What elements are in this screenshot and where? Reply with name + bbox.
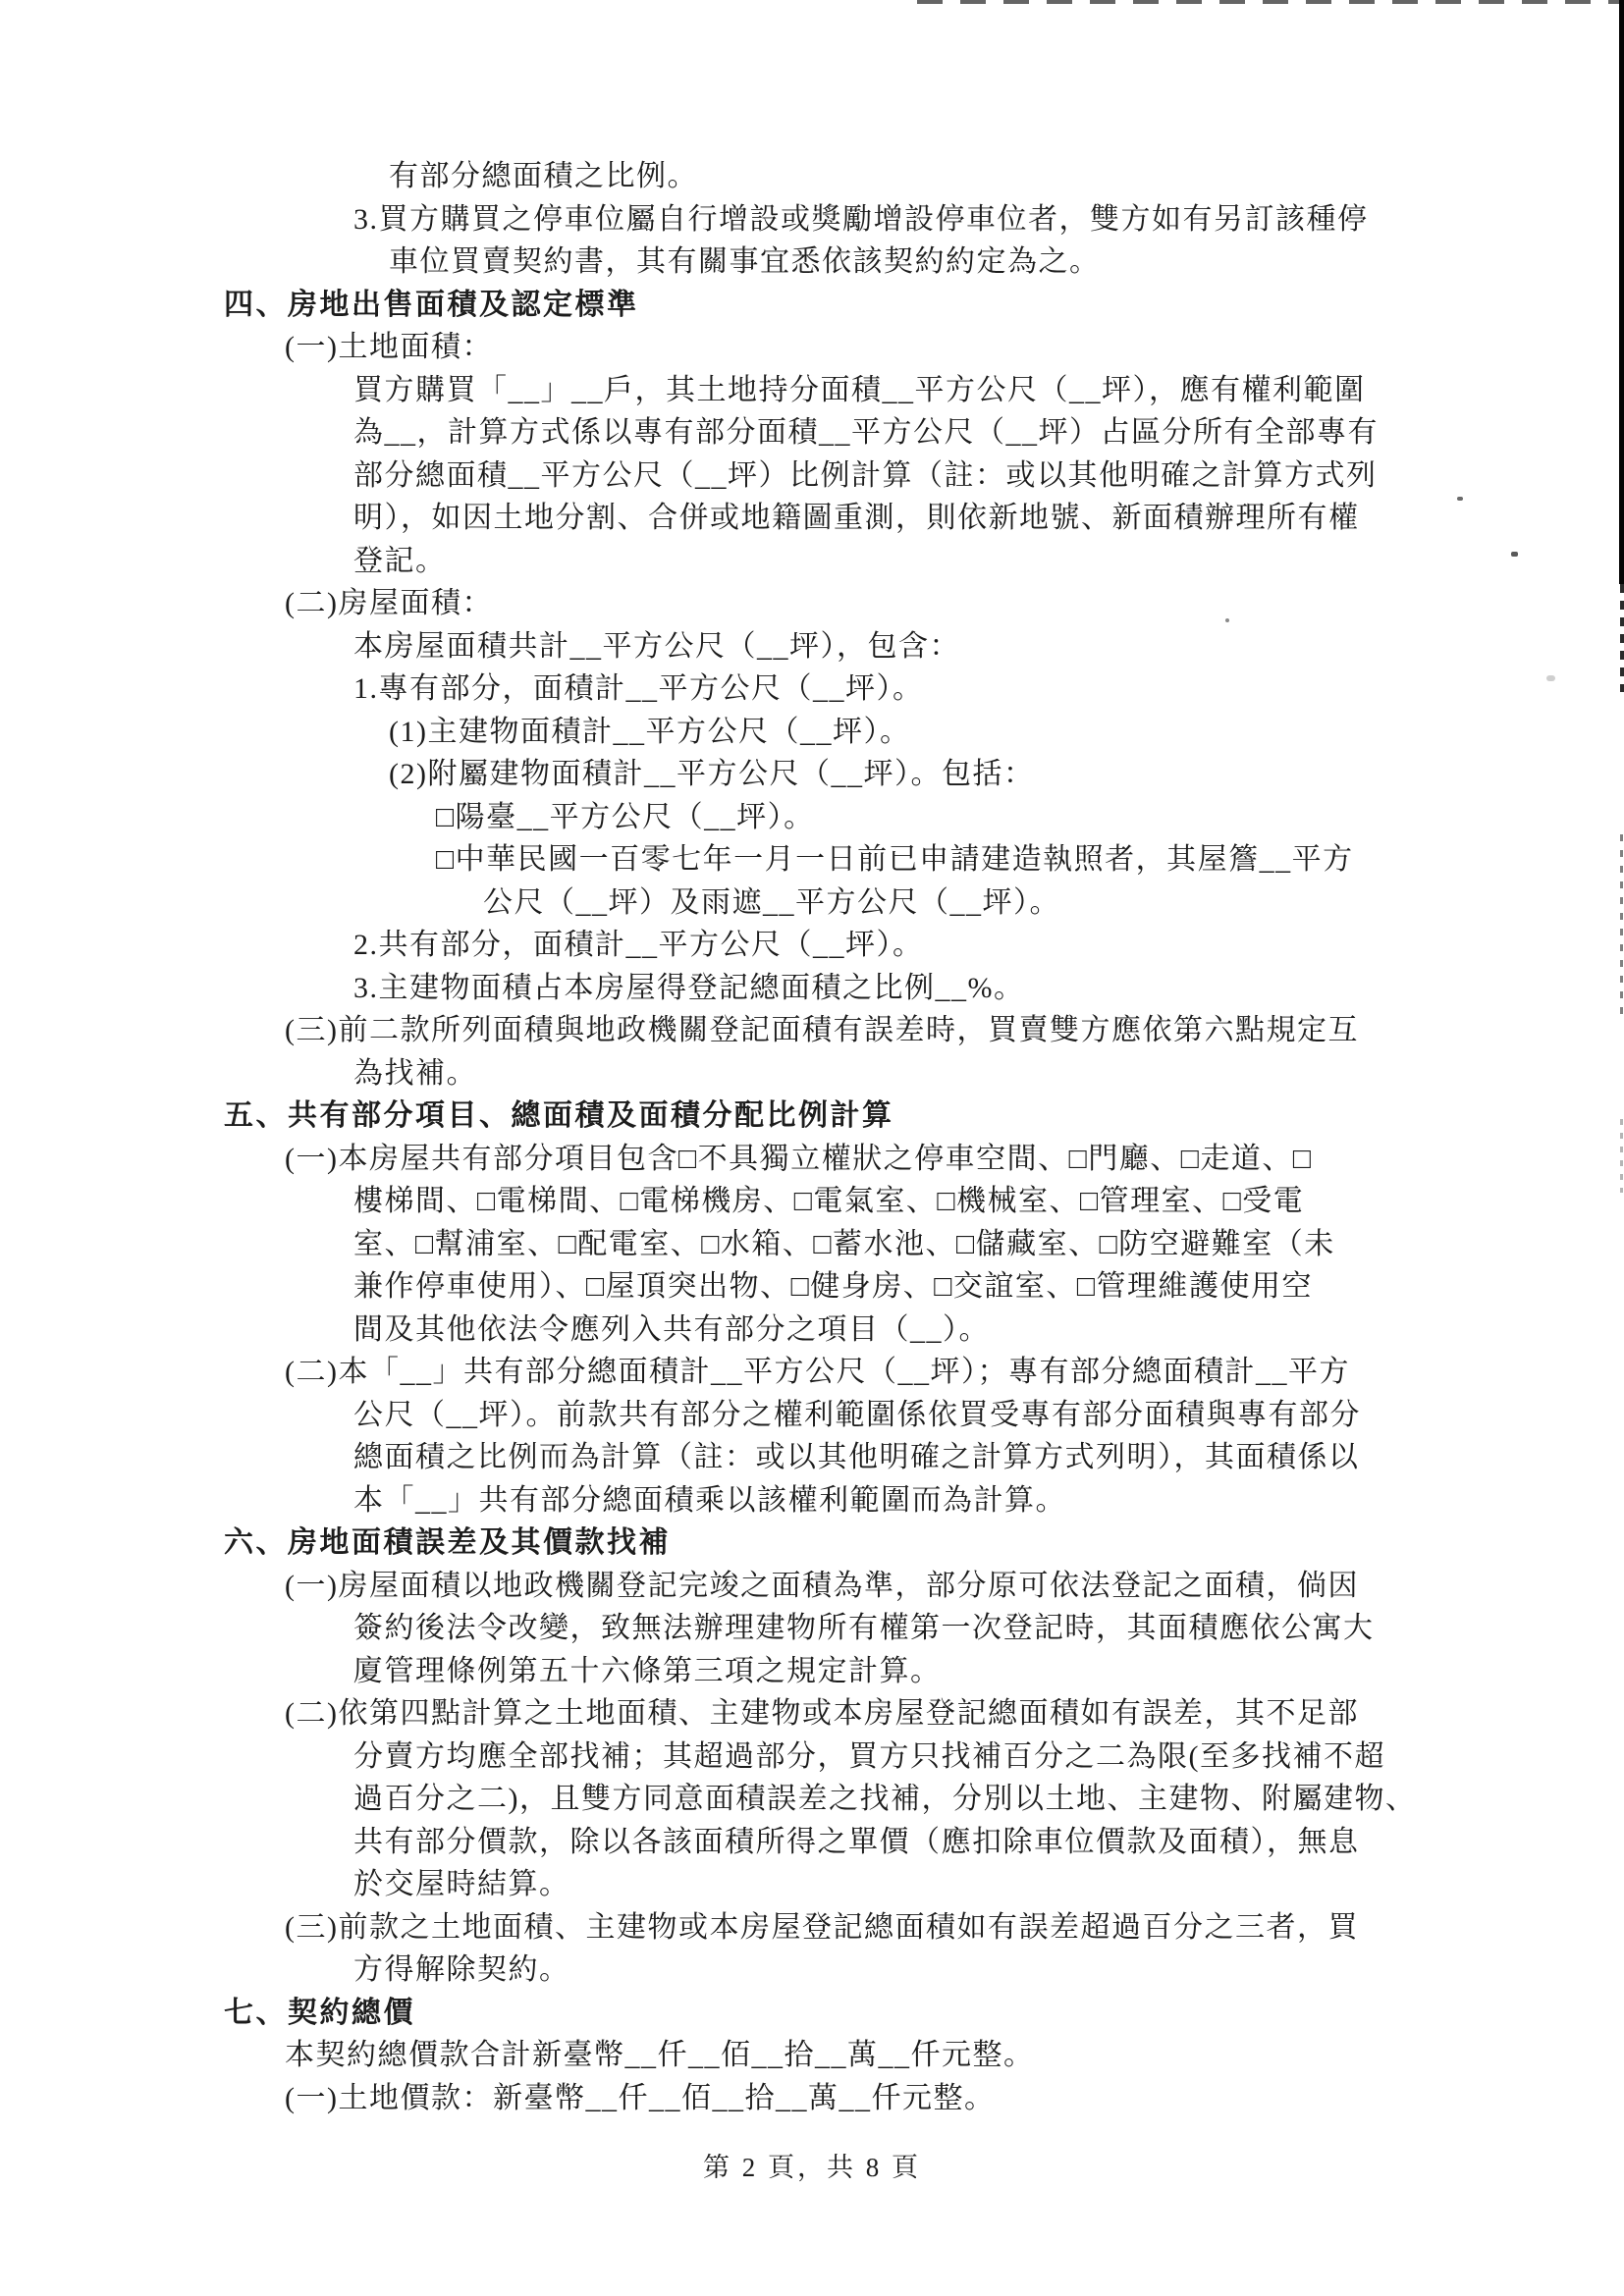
text-line: 為__，計算方式係以專有部分面積__平方公尺（__坪）占區分所有全部專有 (0, 411, 1624, 454)
checkbox-line: □陽臺__平方公尺（__坪）。 (0, 796, 1624, 839)
checkbox-line: □中華民國一百零七年一月一日前已申請建造執照者，其屋簷__平方 (0, 838, 1624, 881)
text-line: 間及其他依法令應列入共有部分之項目（__）。 (0, 1308, 1624, 1352)
page-number-footer: 第 2 頁，共 8 頁 (0, 2146, 1624, 2184)
text-line: 2.共有部分，面積計__平方公尺（__坪）。 (0, 924, 1624, 967)
text-line: 3.買方購買之停車位屬自行增設或獎勵增設停車位者，雙方如有另訂該種停 (0, 198, 1624, 241)
text-line: 部分總面積__平方公尺（__坪）比例計算（註：或以其他明確之計算方式列 (0, 454, 1624, 498)
clause-line: (三)前款之土地面積、主建物或本房屋登記總面積如有誤差超過百分之三者，買 (0, 1906, 1624, 1949)
clause-line: (二)依第四點計算之土地面積、主建物或本房屋登記總面積如有誤差，其不足部 (0, 1692, 1624, 1735)
text-line: 本契約總價款合計新臺幣__仟__佰__拾__萬__仟元整。 (0, 2034, 1624, 2077)
text-line: 3.主建物面積占本房屋得登記總面積之比例__%。 (0, 967, 1624, 1010)
text-line: 買方購買「__」__戶，其土地持分面積__平方公尺（__坪），應有權利範圍 (0, 369, 1624, 412)
text-line: 總面積之比例而為計算（註：或以其他明確之計算方式列明），其面積係以 (0, 1436, 1624, 1479)
clause-line: (一)土地面積： (0, 326, 1624, 369)
checkbox-line: 樓梯間、□電梯間、□電梯機房、□電氣室、□機械室、□管理室、□受電 (0, 1180, 1624, 1223)
clause-line: (一)房屋面積以地政機關登記完竣之面積為準，部分原可依法登記之面積，倘因 (0, 1565, 1624, 1608)
checkbox-line: 兼作停車使用）、□屋頂突出物、□健身房、□交誼室、□管理維護使用空 (0, 1265, 1624, 1308)
clause-line: (一)土地價款：新臺幣__仟__佰__拾__萬__仟元整。 (0, 2077, 1624, 2120)
clause-line: (二)房屋面積： (0, 582, 1624, 625)
text-line: 公尺（__坪）及雨遮__平方公尺（__坪）。 (0, 881, 1624, 925)
text-line: 方得解除契約。 (0, 1949, 1624, 1992)
clause-line: (三)前二款所列面積與地政機關登記面積有誤差時，買賣雙方應依第六點規定互 (0, 1009, 1624, 1052)
text-line: (1)主建物面積計__平方公尺（__坪）。 (0, 711, 1624, 754)
text-line: 過百分之二)，且雙方同意面積誤差之找補，分別以土地、主建物、附屬建物、 (0, 1778, 1624, 1821)
section-heading-7: 七、契約總價 (0, 1992, 1624, 2035)
text-line: (2)附屬建物面積計__平方公尺（__坪）。包括： (0, 753, 1624, 796)
section-heading-6: 六、房地面積誤差及其價款找補 (0, 1522, 1624, 1565)
text-line: 簽約後法令改變，致無法辦理建物所有權第一次登記時，其面積應依公寓大 (0, 1607, 1624, 1650)
text-line: 共有部分價款，除以各該面積所得之單價（應扣除車位價款及面積），無息 (0, 1821, 1624, 1864)
section-heading-4: 四、房地出售面積及認定標準 (0, 284, 1624, 327)
text-line: 車位買賣契約書，其有關事宜悉依該契約約定為之。 (0, 240, 1624, 284)
checkbox-line: 室、□幫浦室、□配電室、□水箱、□蓄水池、□儲藏室、□防空避難室（未 (0, 1223, 1624, 1266)
text-line: 為找補。 (0, 1052, 1624, 1095)
section-heading-5: 五、共有部分項目、總面積及面積分配比例計算 (0, 1095, 1624, 1138)
checkbox-line: (一)本房屋共有部分項目包含□不具獨立權狀之停車空間、□門廳、□走道、□ (0, 1138, 1624, 1181)
clause-line: (二)本「__」共有部分總面積計__平方公尺（__坪）；專有部分總面積計__平方 (0, 1351, 1624, 1394)
text-line: 分賣方均應全部找補；其超過部分，買方只找補百分之二為限(至多找補不超 (0, 1735, 1624, 1779)
scan-noise-top-edge (917, 0, 1624, 4)
text-line: 本「__」共有部分總面積乘以該權利範圍而為計算。 (0, 1479, 1624, 1522)
text-line: 於交屋時結算。 (0, 1863, 1624, 1906)
text-line: 廈管理條例第五十六條第三項之規定計算。 (0, 1650, 1624, 1693)
text-line: 公尺（__坪）。前款共有部分之權利範圍係依買受專有部分面積與專有部分 (0, 1394, 1624, 1437)
text-line: 1.專有部分，面積計__平方公尺（__坪）。 (0, 667, 1624, 711)
contract-page: 有部分總面積之比例。 3.買方購買之停車位屬自行增設或獎勵增設停車位者，雙方如有… (0, 0, 1624, 2296)
text-line: 本房屋面積共計__平方公尺（__坪），包含： (0, 625, 1624, 668)
text-line: 有部分總面積之比例。 (0, 155, 1624, 198)
text-line: 登記。 (0, 540, 1624, 583)
contract-body: 有部分總面積之比例。 3.買方購買之停車位屬自行增設或獎勵增設停車位者，雙方如有… (0, 155, 1624, 2119)
text-line: 明），如因土地分割、合併或地籍圖重測，則依新地號、新面積辦理所有權 (0, 497, 1624, 540)
